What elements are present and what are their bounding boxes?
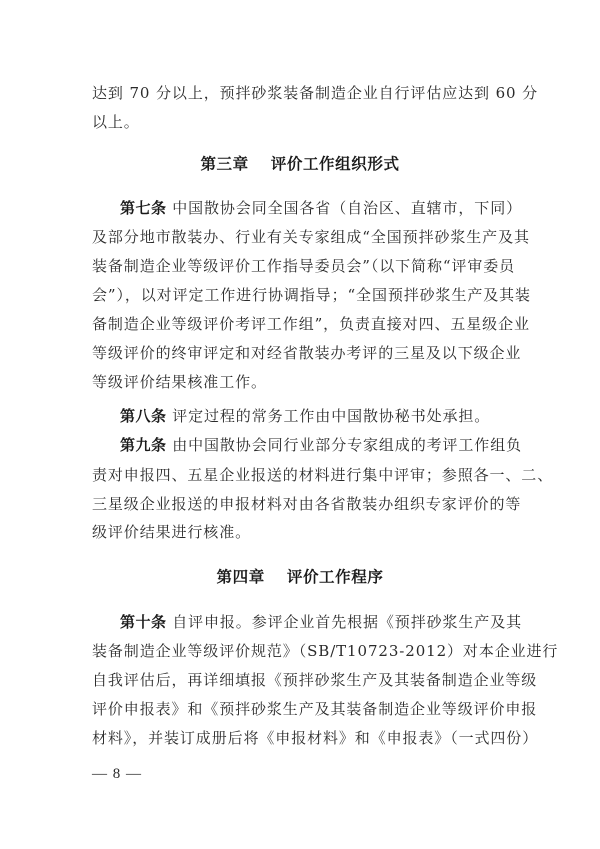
document-page: 达到 70 分以上，预拌砂浆装备制造企业自行评估应达到 60 分 以上。 第三章… xyxy=(0,0,600,849)
chapter-title: 评价工作组织形式 xyxy=(271,155,400,173)
chapter-title: 评价工作程序 xyxy=(287,568,384,586)
paragraph-line: 达到 70 分以上，预拌砂浆装备制造企业自行评估应达到 60 分 xyxy=(92,79,510,108)
chapter-heading: 第三章评价工作组织形式 xyxy=(0,149,600,179)
paragraph-line: 材料》，并装订成册后将《申报材料》和《申报表》（一式四份） xyxy=(92,724,510,753)
paragraph-line: 等级评价结果核准工作。 xyxy=(92,368,510,397)
paragraph-line: 装备制造企业等级评价规范》（SB/T10723-2012）对本企业进行 xyxy=(92,637,510,666)
article-text: 由中国散协会同行业部分专家组成的考评工作组负 xyxy=(172,436,522,454)
paragraph-line: 及部分地市散装办、行业有关专家组成“全国预拌砂浆生产及其 xyxy=(92,223,510,252)
article-label: 第八条 xyxy=(120,407,167,425)
paragraph-line: 会”），以对评定工作进行协调指导；“全国预拌砂浆生产及其装 xyxy=(92,281,510,310)
chapter-number: 第三章 xyxy=(200,155,248,173)
paragraph-line: 装备制造企业等级评价工作指导委员会”（以下简称“评审委员 xyxy=(92,252,510,281)
paragraph-line: 备制造企业等级评价考评工作组”，负责直接对四、五星级企业 xyxy=(92,310,510,339)
paragraph-line: 责对申报四、五星企业报送的材料进行集中评审；参照各一、二、 xyxy=(92,461,510,490)
article-first-line: 第七条 中国散协会同全国各省（自治区、直辖市，下同） xyxy=(120,194,510,223)
article-label: 第七条 xyxy=(120,199,167,217)
article-label: 第十条 xyxy=(120,613,167,631)
paragraph-line: 评价申报表》和《预拌砂浆生产及其装备制造企业等级评价申报 xyxy=(92,695,510,724)
paragraph-line: 三星级企业报送的申报材料对由各省散装办组织专家评价的等 xyxy=(92,490,510,519)
chapter-number: 第四章 xyxy=(217,568,265,586)
paragraph-line: 自我评估后，再详细填报《预拌砂浆生产及其装备制造企业等级 xyxy=(92,666,510,695)
article-text: 中国散协会同全国各省（自治区、直辖市，下同） xyxy=(172,199,522,217)
paragraph-line: 级评价结果进行核准。 xyxy=(92,518,510,547)
paragraph-line: 以上。 xyxy=(92,108,510,137)
chapter-heading: 第四章评价工作程序 xyxy=(0,562,600,592)
article-text: 自评申报。参评企业首先根据《预拌砂浆生产及其 xyxy=(172,613,522,631)
article-label: 第九条 xyxy=(120,436,167,454)
article-text: 评定过程的常务工作由中国散协秘书处承担。 xyxy=(172,407,490,425)
page-number: — 8 — xyxy=(92,762,142,786)
article-first-line: 第八条 评定过程的常务工作由中国散协秘书处承担。 xyxy=(120,402,510,431)
article-first-line: 第九条 由中国散协会同行业部分专家组成的考评工作组负 xyxy=(120,431,510,460)
paragraph-line: 等级评价的终审评定和对经省散装办考评的三星及以下级企业 xyxy=(92,339,510,368)
article-first-line: 第十条 自评申报。参评企业首先根据《预拌砂浆生产及其 xyxy=(120,608,510,637)
